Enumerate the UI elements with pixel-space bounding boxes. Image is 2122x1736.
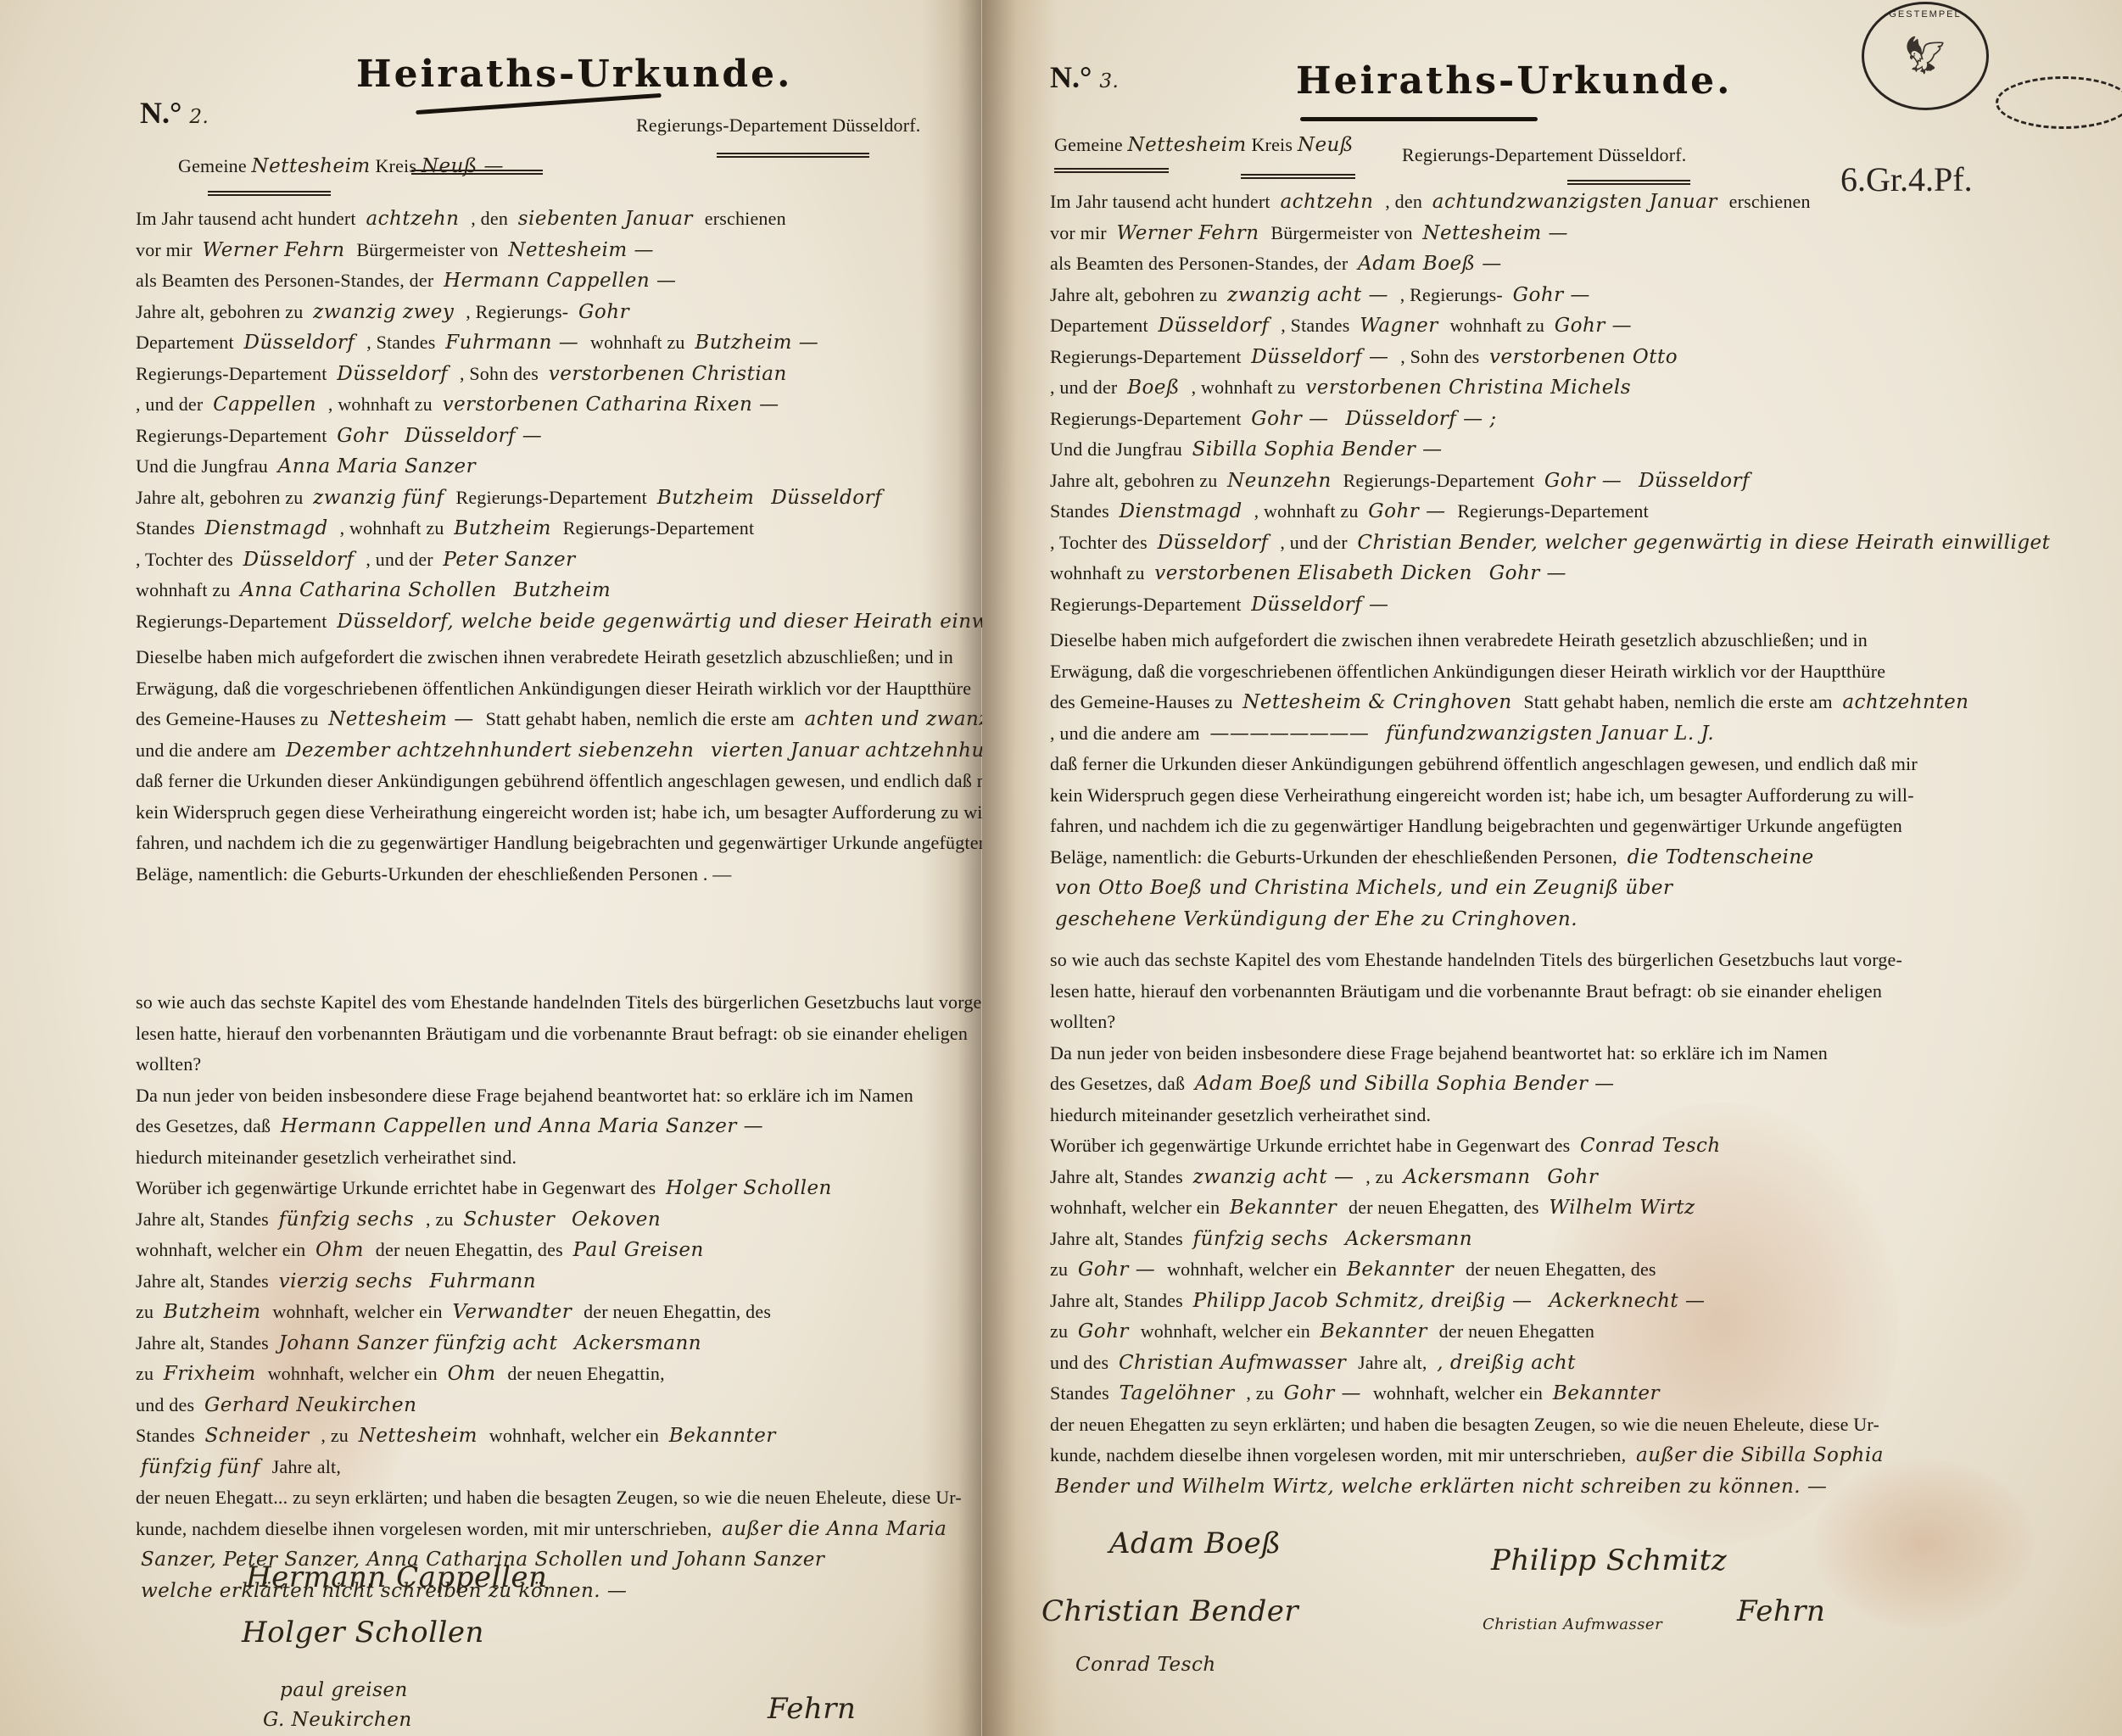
printed-text: Jahre alt, gebohren zu: [136, 301, 308, 322]
printed-text: Im Jahr tausend acht hundert: [1050, 191, 1275, 212]
title-rule: [1300, 117, 1538, 121]
form-line: Beläge, namentlich: die Geburts-Urkunden…: [136, 863, 732, 885]
handwritten-entry: Boeß: [1127, 377, 1187, 399]
form-line: fünfzig fünf Jahre alt,: [136, 1456, 341, 1478]
printed-text: , Sohn des: [460, 363, 544, 384]
handwritten-entry: Butzheim: [454, 517, 557, 539]
form-line: des Gesetzes, daß Hermann Cappellen und …: [136, 1115, 768, 1137]
form-line: zu Gohr wohnhaft, welcher ein Bekannter …: [1050, 1320, 1594, 1342]
form-line: Jahre alt, gebohren zu Neunzehn Regierun…: [1050, 470, 1755, 492]
form-line: Jahre alt, gebohren zu zwanzig acht — , …: [1050, 284, 1595, 306]
form-line: Da nun jeder von beiden insbesondere die…: [136, 1085, 913, 1107]
form-line: des Gemeine-Hauses zu Nettesheim — Statt…: [136, 708, 1058, 730]
handwritten-entry: Ohm: [316, 1239, 371, 1261]
printed-text: , zu: [1365, 1166, 1398, 1187]
handwritten-entry: von Otto Boeß und Christina Michels, und…: [1055, 877, 1673, 899]
form-line: Im Jahr tausend acht hundert achtzehn , …: [136, 208, 786, 230]
form-line: wohnhaft zu Anna Catharina Schollen Butz…: [136, 579, 616, 601]
form-line: , und der Cappellen , wohnhaft zu versto…: [136, 394, 785, 416]
handwritten-entry: zwanzig acht —: [1227, 284, 1395, 306]
rule: [1567, 180, 1690, 185]
printed-text: , Tochter des: [136, 549, 238, 570]
signature: paul greisen: [280, 1679, 408, 1701]
handwritten-entry: Gerhard Neukirchen: [204, 1394, 417, 1416]
form-line: geschehene Verkündigung der Ehe zu Cring…: [1050, 908, 1583, 930]
form-line: Regierungs-Departement Düsseldorf —: [1050, 594, 1393, 616]
printed-text: Regierungs-Departement: [1050, 594, 1246, 615]
form-line: kunde, nachdem dieselbe ihnen vorgelesen…: [1050, 1444, 1889, 1466]
printed-text: Jahre alt, Standes: [1050, 1290, 1188, 1311]
handwritten-entry: Ackersmann: [574, 1332, 701, 1354]
form-line: so wie auch das sechste Kapitel des vom …: [136, 991, 988, 1013]
printed-text: wollten?: [136, 1053, 201, 1075]
handwritten-entry: Adam Boeß —: [1358, 253, 1502, 275]
handwritten-entry: Anna Maria Sanzer: [278, 455, 476, 477]
handwritten-entry: Nettesheim —: [508, 239, 654, 261]
printed-text: Erwägung, daß die vorgeschriebenen öffen…: [136, 678, 971, 699]
signature: Christian Bender: [1041, 1594, 1298, 1628]
handwritten-entry: Paul Greisen: [573, 1239, 704, 1261]
form-line: , Tochter des Düsseldorf , und der Chris…: [1050, 532, 2055, 554]
handwritten-entry: Wagner: [1360, 315, 1444, 337]
printed-text: hiedurch miteinander gesetzlich verheira…: [1050, 1104, 1431, 1125]
form-line: lesen hatte, hierauf den vorbenannten Br…: [1050, 980, 1882, 1002]
handwritten-entry: Ackerknecht —: [1549, 1290, 1705, 1312]
printed-text: erschienen: [1729, 191, 1811, 212]
printed-text: wollten?: [1050, 1011, 1115, 1032]
printed-text: , Regierungs-: [466, 301, 573, 322]
handwritten-entry: Gohr: [1547, 1166, 1598, 1188]
handwritten-entry: vierzig sechs: [279, 1270, 420, 1292]
printed-text: als Beamten des Personen-Standes, der: [136, 270, 438, 291]
handwritten-entry: Gohr —: [1544, 470, 1628, 492]
handwritten-entry: Sibilla Sophia Bender —: [1192, 438, 1443, 461]
form-line: Worüber ich gegenwärtige Urkunde erricht…: [136, 1177, 837, 1199]
printed-text: Regierungs-Departement: [136, 611, 332, 632]
printed-text: lesen hatte, hierauf den vorbenannten Br…: [136, 1023, 968, 1044]
page-gutter-shadow: [922, 0, 981, 1736]
printed-text: kunde, nachdem dieselbe ihnen vorgelesen…: [136, 1518, 717, 1539]
form-line: Jahre alt, gebohren zu zwanzig zwey , Re…: [136, 301, 634, 323]
printed-text: Worüber ich gegenwärtige Urkunde erricht…: [136, 1177, 661, 1198]
form-line: Erwägung, daß die vorgeschriebenen öffen…: [136, 678, 971, 700]
printed-text: Departement: [1050, 315, 1153, 336]
printed-text: der neuen Ehegattin, des: [584, 1301, 771, 1322]
handwritten-entry: verstorbenen Elisabeth Dicken: [1154, 562, 1478, 584]
printed-text: Jahre alt, Standes: [1050, 1228, 1188, 1249]
mayor-signature: Fehrn: [1737, 1594, 1825, 1628]
handwritten-entry: Gohr —: [1078, 1259, 1162, 1281]
handwritten-entry: zwanzig acht —: [1193, 1166, 1361, 1188]
printed-text: wohnhaft zu: [590, 332, 690, 353]
printed-text: Regierungs-Departement: [455, 487, 651, 508]
form-line: wollten?: [1050, 1011, 1115, 1033]
printed-text: vor mir: [136, 239, 197, 260]
printed-text: , den: [471, 208, 512, 229]
handwritten-entry: Ackersmann: [1404, 1166, 1538, 1188]
handwritten-entry: Düsseldorf: [1639, 470, 1750, 492]
handwritten-entry: Butzheim: [657, 487, 761, 509]
printed-text: zu: [136, 1363, 159, 1384]
printed-text: wohnhaft, welcher ein: [1141, 1320, 1315, 1342]
printed-text: , Standes: [366, 332, 440, 353]
form-line: Regierungs-Departement Düsseldorf , Sohn…: [136, 363, 792, 385]
handwritten-entry: Düsseldorf — ;: [1345, 408, 1496, 430]
handwritten-entry: Düsseldorf: [243, 549, 361, 571]
form-line: hiedurch miteinander gesetzlich verheira…: [136, 1147, 517, 1169]
printed-text: Bürgermeister von: [1270, 222, 1417, 243]
printed-text: Regierungs-Departement: [136, 425, 332, 446]
printed-text: daß ferner die Urkunden dieser Ankündigu…: [136, 770, 1003, 791]
printed-text: wohnhaft, welcher ein: [1050, 1197, 1225, 1218]
printed-text: Departement: [136, 332, 239, 353]
printed-text: Jahre alt, gebohren zu: [136, 487, 308, 508]
form-line: als Beamten des Personen-Standes, der Ad…: [1050, 253, 1507, 275]
handwritten-entry: Schneider: [205, 1425, 316, 1447]
signature: Christian Aufmwasser: [1483, 1616, 1662, 1633]
form-line: vor mir Werner Fehrn Bürgermeister von N…: [136, 239, 659, 261]
form-line: Jahre alt, Standes fünfzig sechs Ackersm…: [1050, 1228, 1477, 1250]
form-line: kunde, nachdem dieselbe ihnen vorgelesen…: [136, 1518, 952, 1540]
form-line: daß ferner die Urkunden dieser Ankündigu…: [1050, 753, 1918, 775]
printed-text: wohnhaft, welcher ein: [136, 1239, 310, 1260]
handwritten-entry: Düsseldorf —: [1251, 594, 1388, 616]
printed-text: Regierungs-Departement: [136, 363, 332, 384]
handwritten-entry: außer die Anna Maria: [722, 1518, 947, 1540]
handwritten-entry: Gohr —: [1251, 408, 1335, 430]
handwritten-entry: Gohr —: [1555, 315, 1632, 337]
handwritten-entry: verstorbenen Christian: [549, 363, 787, 385]
handwritten-entry: Düsseldorf, welche beide gegenwärtig und…: [337, 611, 1053, 633]
handwritten-entry: Christian Aufmwasser: [1119, 1352, 1353, 1374]
handwritten-entry: Gohr: [337, 425, 394, 447]
form-line: Dieselbe haben mich aufgefordert die zwi…: [1050, 629, 1868, 651]
form-line: Standes Dienstmagd , wohnhaft zu Gohr — …: [1050, 500, 1649, 522]
printed-text: wohnhaft zu: [136, 579, 235, 600]
handwritten-entry: fünfzig sechs: [279, 1209, 421, 1231]
handwritten-entry: Butzheim: [164, 1301, 267, 1323]
handwritten-entry: Cappellen: [213, 394, 323, 416]
printed-text: und die andere am: [136, 740, 281, 761]
printed-text: der neuen Ehegatten, des: [1349, 1197, 1544, 1218]
printed-text: Worüber ich gegenwärtige Urkunde erricht…: [1050, 1135, 1575, 1156]
printed-text: , wohnhaft zu: [340, 517, 450, 539]
handwritten-entry: Ackersmann: [1345, 1228, 1472, 1250]
form-line: Im Jahr tausend acht hundert achtzehn , …: [1050, 191, 1811, 213]
form-line: des Gemeine-Hauses zu Nettesheim & Cring…: [1050, 691, 1974, 713]
handwritten-entry: Düsseldorf: [1159, 315, 1276, 337]
handwritten-entry: Gohr —: [1489, 562, 1566, 584]
printed-text: kunde, nachdem dieselbe ihnen vorgelesen…: [1050, 1444, 1631, 1465]
form-line: Standes Tagelöhner , zu Gohr — wohnhaft,…: [1050, 1382, 1665, 1404]
printed-text: Beläge, namentlich: die Geburts-Urkunden…: [136, 863, 732, 885]
handwritten-entry: Dezember achtzehnhundert siebenzehn: [286, 740, 701, 762]
printed-text: kein Widerspruch gegen diese Verheirathu…: [1050, 784, 1914, 806]
document-title: Heiraths-Urkunde.: [356, 53, 792, 96]
printed-text: , den: [1385, 191, 1427, 212]
fee-stamp: 6.Gr.4.Pf.: [1840, 159, 1973, 199]
handwritten-entry: Nettesheim —: [1422, 222, 1568, 244]
printed-text: Jahre alt, gebohren zu: [1050, 470, 1222, 491]
form-line: und des Gerhard Neukirchen: [136, 1394, 422, 1416]
signature: Hermann Cappellen: [246, 1560, 547, 1594]
printed-text: Standes: [1050, 500, 1114, 522]
handwritten-entry: geschehene Verkündigung der Ehe zu Cring…: [1055, 908, 1578, 930]
printed-text: , und die andere am: [1050, 723, 1204, 744]
rule: [717, 153, 869, 158]
handwritten-entry: fünfzig sechs: [1193, 1228, 1335, 1250]
printed-text: Erwägung, daß die vorgeschriebenen öffen…: [1050, 661, 1885, 682]
form-line: von Otto Boeß und Christina Michels, und…: [1050, 877, 1678, 899]
printed-text: , Sohn des: [1400, 346, 1484, 367]
form-line: , Tochter des Düsseldorf , und der Peter…: [136, 549, 581, 571]
printed-text: fahren, und nachdem ich die zu gegenwärt…: [1050, 815, 1902, 836]
printed-text: fahren, und nachdem ich die zu gegenwärt…: [136, 832, 988, 853]
form-line: Bender und Wilhelm Wirtz, welche erklärt…: [1050, 1476, 1832, 1498]
printed-text: der neuen Ehegatten, des: [1466, 1259, 1656, 1280]
form-line: zu Frixheim wohnhaft, welcher ein Ohm de…: [136, 1363, 665, 1385]
printed-text: Standes: [136, 1425, 200, 1446]
printed-text: Jahre alt, Standes: [1050, 1166, 1188, 1187]
handwritten-entry: Peter Sanzer: [443, 549, 575, 571]
form-line: wohnhaft zu verstorbenen Elisabeth Dicke…: [1050, 562, 1572, 584]
printed-text: Jahre alt,: [1358, 1352, 1432, 1373]
handwritten-entry: Bender und Wilhelm Wirtz, welche erklärt…: [1055, 1476, 1827, 1498]
printed-text: Im Jahr tausend acht hundert: [136, 208, 360, 229]
form-line: des Gesetzes, daß Adam Boeß und Sibilla …: [1050, 1073, 1620, 1095]
handwritten-entry: verstorbenen Otto: [1489, 346, 1678, 368]
handwritten-entry: zwanzig fünf: [313, 487, 450, 509]
printed-text: Beläge, namentlich: die Geburts-Urkunden…: [1050, 846, 1622, 868]
printed-text: Regierungs-Departement: [1050, 408, 1246, 429]
printed-text: der neuen Ehegatt... zu seyn erklärten; …: [136, 1487, 962, 1508]
printed-text: zu: [1050, 1259, 1073, 1280]
right-page: N.° 3. Heiraths-Urkunde. Gemeine Nettesh…: [982, 0, 2122, 1736]
handwritten-entry: Ohm: [448, 1363, 503, 1385]
form-line: fahren, und nachdem ich die zu gegenwärt…: [1050, 815, 1902, 837]
handwritten-entry: Anna Catharina Schollen: [240, 579, 503, 601]
printed-text: Jahre alt, Standes: [136, 1332, 274, 1354]
handwritten-entry: Wilhelm Wirtz: [1549, 1197, 1695, 1219]
handwritten-entry: die Todtenscheine: [1628, 846, 1814, 868]
handwritten-entry: Bekannter: [1347, 1259, 1460, 1281]
printed-text: Jahre alt,: [272, 1456, 341, 1477]
printed-text: , zu: [426, 1209, 458, 1230]
rule: [1241, 174, 1355, 179]
handwritten-entry: verstorbenen Catharina Rixen —: [443, 394, 779, 416]
form-line: Regierungs-Departement Düsseldorf — , So…: [1050, 346, 1683, 368]
printed-text: wohnhaft, welcher ein: [1373, 1382, 1548, 1404]
handwritten-entry: verstorbenen Christina Michels: [1305, 377, 1631, 399]
printed-text: , wohnhaft zu: [1254, 500, 1364, 522]
printed-text: und des: [136, 1394, 199, 1415]
form-line: Worüber ich gegenwärtige Urkunde erricht…: [1050, 1135, 1726, 1157]
handwritten-entry: Holger Schollen: [666, 1177, 832, 1199]
rule: [208, 191, 331, 196]
form-line: Jahre alt, Standes vierzig sechs Fuhrman…: [136, 1270, 541, 1292]
printed-text: der neuen Ehegattin,: [507, 1363, 664, 1384]
printed-text: Statt gehabt haben, nemlich die erste am: [1523, 691, 1837, 712]
printed-text: wohnhaft, welcher ein: [1167, 1259, 1342, 1280]
printed-text: Dieselbe haben mich aufgefordert die zwi…: [1050, 629, 1868, 650]
handwritten-entry: Nettesheim & Cringhoven: [1242, 691, 1518, 713]
form-line: Und die Jungfrau Sibilla Sophia Bender —: [1050, 438, 1448, 461]
form-line: als Beamten des Personen-Standes, der He…: [136, 270, 682, 292]
printed-text: Regierungs-Departement: [563, 517, 755, 539]
handwritten-entry: Butzheim —: [695, 332, 818, 354]
printed-text: zu: [1050, 1320, 1073, 1342]
printed-text: und des: [1050, 1352, 1114, 1373]
handwritten-entry: achtundzwanzigsten Januar: [1432, 191, 1724, 213]
record-number: N.° 3.: [1050, 59, 1119, 95]
open-register-book: N.° 2. Heiraths-Urkunde. Gemeine Nettesh…: [0, 0, 2122, 1736]
handwritten-entry: Schuster: [463, 1209, 561, 1231]
handwritten-entry: Düsseldorf: [337, 363, 455, 385]
handwritten-entry: außer die Sibilla Sophia: [1636, 1444, 1884, 1466]
header-department: Regierungs-Departement Düsseldorf.: [1402, 144, 1686, 166]
form-line: und des Christian Aufmwasser Jahre alt, …: [1050, 1352, 1581, 1374]
handwritten-entry: Dienstmagd: [1120, 500, 1249, 522]
eagle-icon: 🦅︎: [1901, 37, 1949, 75]
printed-text: so wie auch das sechste Kapitel des vom …: [136, 991, 988, 1013]
signature: Conrad Tesch: [1075, 1654, 1216, 1676]
printed-text: Jahre alt, Standes: [136, 1209, 274, 1230]
handwritten-entry: Gohr —: [1284, 1382, 1368, 1404]
header-department: Regierungs-Departement Düsseldorf.: [636, 114, 920, 137]
handwritten-entry: Verwandter: [452, 1301, 578, 1323]
record-number-value: 2.: [189, 106, 209, 128]
printed-text: so wie auch das sechste Kapitel des vom …: [1050, 949, 1902, 970]
oval-stamp: [1996, 76, 2122, 129]
form-line: zu Butzheim wohnhaft, welcher ein Verwan…: [136, 1301, 771, 1323]
handwritten-entry: Dienstmagd: [205, 517, 335, 539]
printed-text: , Tochter des: [1050, 532, 1153, 553]
document-title: Heiraths-Urkunde.: [1296, 59, 1732, 103]
printed-text: kein Widerspruch gegen diese Verheirathu…: [136, 801, 1000, 823]
printed-text: der neuen Ehegatten: [1439, 1320, 1594, 1342]
printed-text: als Beamten des Personen-Standes, der: [1050, 253, 1353, 274]
handwritten-entry: zwanzig zwey: [313, 301, 461, 323]
handwritten-entry: Frixheim: [164, 1363, 263, 1385]
printed-text: Standes: [1050, 1382, 1114, 1404]
handwritten-entry: ————————: [1209, 723, 1376, 745]
form-line: Departement Düsseldorf , Standes Fuhrman…: [136, 332, 824, 354]
form-line: Standes Dienstmagd , wohnhaft zu Butzhei…: [136, 517, 754, 539]
handwritten-entry: Gohr —: [1513, 284, 1590, 306]
form-line: wohnhaft, welcher ein Ohm der neuen Eheg…: [136, 1239, 709, 1261]
form-line: Standes Schneider , zu Nettesheim wohnha…: [136, 1425, 781, 1447]
handwritten-entry: Werner Fehrn: [1116, 222, 1265, 244]
form-line: Da nun jeder von beiden insbesondere die…: [1050, 1042, 1828, 1064]
printed-text: , wohnhaft zu: [1192, 377, 1301, 398]
form-line: kein Widerspruch gegen diese Verheirathu…: [1050, 784, 1914, 807]
handwritten-entry: Düsseldorf —: [405, 425, 542, 447]
printed-text: daß ferner die Urkunden dieser Ankündigu…: [1050, 753, 1918, 774]
handwritten-entry: Gohr: [578, 301, 629, 323]
handwritten-entry: Tagelöhner: [1120, 1382, 1242, 1404]
form-line: Jahre alt, Standes zwanzig acht — , zu A…: [1050, 1166, 1603, 1188]
printed-text: wohnhaft, welcher ein: [268, 1363, 443, 1384]
handwritten-entry: Düsseldorf —: [1251, 346, 1395, 368]
handwritten-entry: Neunzehn: [1227, 470, 1338, 492]
form-line: Beläge, namentlich: die Geburts-Urkunden…: [1050, 846, 1819, 868]
handwritten-entry: fünfzig fünf: [141, 1456, 267, 1478]
handwritten-entry: Werner Fehrn: [202, 239, 351, 261]
handwritten-entry: achtzehn: [1280, 191, 1380, 213]
form-line: der neuen Ehegatt... zu seyn erklärten; …: [136, 1487, 962, 1509]
printed-text: Und die Jungfrau: [136, 455, 273, 477]
mayor-signature: Fehrn: [768, 1692, 856, 1726]
printed-text: zu: [136, 1301, 159, 1322]
printed-text: wohnhaft, welcher ein: [489, 1425, 664, 1446]
printed-text: wohnhaft zu: [1050, 562, 1149, 583]
handwritten-entry: Bekannter: [1230, 1197, 1343, 1219]
page-gutter-shadow: [982, 0, 1058, 1736]
handwritten-entry: Conrad Tesch: [1580, 1135, 1721, 1157]
printed-text: Standes: [136, 517, 200, 539]
printed-text: Jahre alt, gebohren zu: [1050, 284, 1222, 305]
tax-stamp: GESTEMPEL 🦅︎: [1862, 2, 1989, 110]
form-line: Jahre alt, Standes Johann Sanzer fünfzig…: [136, 1332, 706, 1354]
printed-text: , und der: [1050, 377, 1122, 398]
handwritten-entry: Bekannter: [1553, 1382, 1660, 1404]
form-line: kein Widerspruch gegen diese Verheirathu…: [136, 801, 1000, 823]
handwritten-entry: Fuhrmann —: [445, 332, 585, 354]
printed-text: , zu: [1246, 1382, 1278, 1404]
handwritten-entry: Philipp Jacob Schmitz, dreißig —: [1193, 1290, 1539, 1312]
form-line: Regierungs-Departement Gohr — Düsseldorf…: [1050, 408, 1502, 430]
form-line: Dieselbe haben mich aufgefordert die zwi…: [136, 646, 953, 668]
record-number: N.° 2.: [140, 95, 209, 131]
handwritten-entry: achtzehn: [366, 208, 466, 230]
printed-text: , und der: [136, 394, 208, 415]
header-gemeine: Gemeine Nettesheim Kreis Neuß: [1054, 134, 1354, 156]
printed-text: des Gemeine-Hauses zu: [1050, 691, 1237, 712]
rule: [1054, 168, 1169, 173]
form-line: so wie auch das sechste Kapitel des vom …: [1050, 949, 1902, 971]
form-line: , und die andere am ———————— fünfundzwan…: [1050, 723, 1719, 745]
form-line: zu Gohr — wohnhaft, welcher ein Bekannte…: [1050, 1259, 1656, 1281]
printed-text: Statt gehabt haben, nemlich die erste am: [486, 708, 800, 729]
handwritten-entry: Christian Bender, welcher gegenwärtig in…: [1357, 532, 2050, 554]
handwritten-entry: Bekannter: [1321, 1320, 1434, 1342]
form-line: Jahre alt, Standes fünfzig sechs , zu Sc…: [136, 1209, 666, 1231]
printed-text: , zu: [321, 1425, 353, 1446]
printed-text: lesen hatte, hierauf den vorbenannten Br…: [1050, 980, 1882, 1002]
printed-text: Regierungs-Departement: [1457, 500, 1649, 522]
signature: Adam Boeß: [1109, 1527, 1281, 1560]
handwritten-entry: Butzheim: [514, 579, 611, 601]
form-line: fahren, und nachdem ich die zu gegenwärt…: [136, 832, 988, 854]
printed-text: Regierungs-Departement: [1343, 470, 1539, 491]
record-number-value: 3.: [1099, 70, 1119, 92]
handwritten-entry: Nettesheim —: [328, 708, 480, 730]
handwritten-entry: Düsseldorf: [1158, 532, 1276, 554]
signature: G. Neukirchen: [263, 1709, 412, 1731]
left-page: N.° 2. Heiraths-Urkunde. Gemeine Nettesh…: [0, 0, 982, 1736]
printed-text: der neuen Ehegatten zu seyn erklärten; u…: [1050, 1414, 1879, 1435]
rule: [411, 170, 543, 175]
handwritten-entry: , dreißig acht: [1437, 1352, 1576, 1374]
printed-text: , Regierungs-: [1400, 284, 1508, 305]
handwritten-entry: Hermann Cappellen und Anna Maria Sanzer …: [281, 1115, 763, 1137]
handwritten-entry: Johann Sanzer fünfzig acht: [279, 1332, 564, 1354]
printed-text: Da nun jeder von beiden insbesondere die…: [136, 1085, 913, 1106]
handwritten-entry: Gohr: [1078, 1320, 1136, 1342]
form-line: Erwägung, daß die vorgeschriebenen öffen…: [1050, 661, 1885, 683]
handwritten-entry: Adam Boeß und Sibilla Sophia Bender —: [1195, 1073, 1615, 1095]
form-line: , und der Boeß , wohnhaft zu verstorbene…: [1050, 377, 1636, 399]
